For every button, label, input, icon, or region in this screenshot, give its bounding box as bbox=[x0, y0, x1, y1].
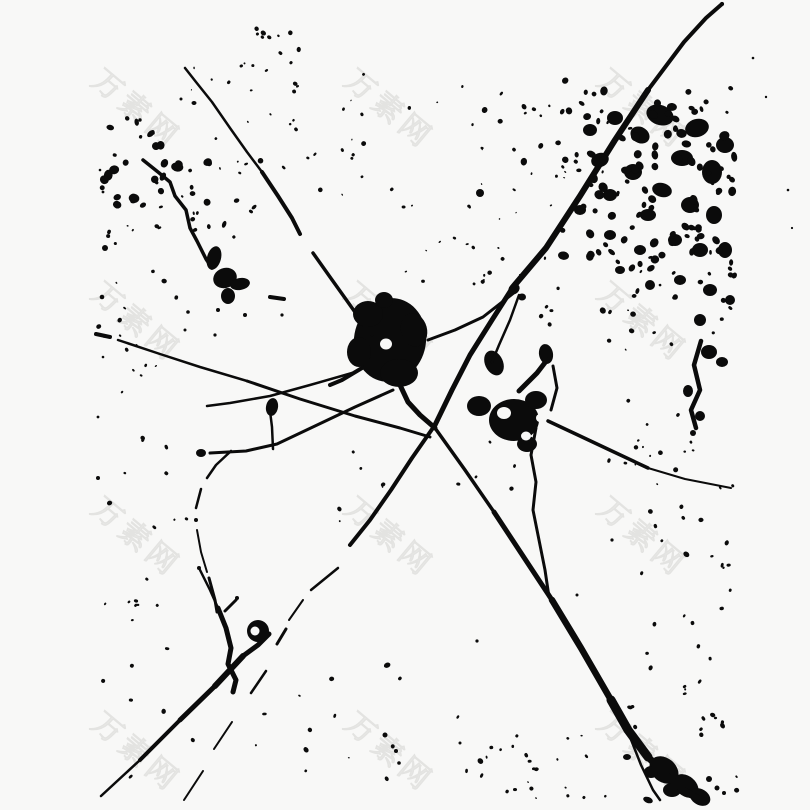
ink-dot bbox=[184, 329, 187, 332]
ink-dot bbox=[791, 227, 793, 229]
ink-dot bbox=[610, 538, 613, 541]
ink-dot bbox=[99, 169, 102, 172]
ink-blob bbox=[695, 411, 705, 421]
ink-blob bbox=[690, 430, 696, 436]
ink-splatter-image: 万素网万素网万素网万素网万素网万素网万素网万素网万素网万素网万素网万素网 bbox=[0, 0, 810, 810]
ink-dot bbox=[765, 96, 767, 98]
ink-blob bbox=[375, 292, 393, 308]
ink-blob bbox=[702, 160, 722, 184]
ink-dot bbox=[102, 356, 105, 359]
ink-dot bbox=[216, 308, 220, 312]
ink-blob bbox=[703, 284, 717, 296]
ink-blob bbox=[645, 280, 655, 290]
ink-blob bbox=[716, 357, 728, 367]
ink-blob-hole bbox=[251, 627, 260, 636]
ink-blob bbox=[692, 243, 708, 257]
ink-blob bbox=[634, 245, 646, 255]
ink-blob bbox=[607, 111, 623, 125]
ink-blob bbox=[615, 266, 625, 274]
ink-dot bbox=[102, 245, 108, 251]
ink-blob bbox=[467, 396, 491, 416]
ink-blob bbox=[706, 206, 722, 224]
ink-blob-hole bbox=[521, 432, 531, 441]
ink-blob-hole bbox=[536, 414, 544, 422]
ink-blob bbox=[525, 391, 547, 409]
ink-blob bbox=[640, 209, 656, 221]
ink-blob bbox=[701, 345, 717, 359]
ink-dot bbox=[96, 476, 100, 480]
ink-dot bbox=[213, 333, 216, 336]
ink-speckle bbox=[698, 518, 703, 522]
ink-speckle bbox=[720, 317, 724, 321]
ink-blob bbox=[180, 98, 183, 101]
ink-blob bbox=[725, 295, 735, 305]
ink-dot bbox=[576, 594, 579, 597]
ink-blob bbox=[196, 449, 206, 457]
ink-blob bbox=[192, 101, 197, 105]
ink-blob bbox=[221, 288, 235, 304]
ink-dot bbox=[102, 191, 105, 194]
ink-dot bbox=[97, 416, 100, 419]
ink-blob bbox=[583, 124, 597, 136]
ink-speckle bbox=[549, 309, 553, 312]
ink-dot bbox=[383, 733, 388, 738]
ink-dot bbox=[476, 189, 484, 197]
ink-blob bbox=[715, 786, 720, 791]
ink-dot bbox=[397, 761, 401, 765]
ink-blob-hole bbox=[497, 407, 511, 419]
ink-speckle bbox=[421, 280, 425, 283]
ink-dot bbox=[243, 313, 247, 317]
ink-dot bbox=[280, 313, 283, 316]
ink-dot bbox=[394, 749, 398, 753]
ink-blob bbox=[722, 791, 726, 795]
ink-dot bbox=[138, 118, 141, 121]
ink-blob bbox=[674, 275, 686, 285]
ink-dot bbox=[787, 189, 790, 192]
ink-splatter-canvas: 万素网万素网万素网万素网万素网万素网万素网万素网万素网万素网万素网万素网 bbox=[0, 0, 810, 810]
ink-blob bbox=[706, 776, 712, 782]
ink-blob bbox=[683, 385, 693, 397]
ink-dot bbox=[720, 2, 724, 6]
ink-dot bbox=[475, 639, 478, 642]
ink-dot bbox=[752, 57, 755, 60]
ink-blob-hole bbox=[380, 339, 392, 350]
ink-dot bbox=[459, 742, 462, 745]
ink-dot bbox=[186, 310, 190, 314]
ink-blob bbox=[623, 754, 631, 760]
ink-dot bbox=[100, 295, 105, 300]
ink-blob bbox=[694, 314, 706, 326]
ink-blob bbox=[347, 337, 371, 367]
ink-stroke bbox=[270, 297, 284, 299]
ink-dot bbox=[194, 518, 198, 522]
